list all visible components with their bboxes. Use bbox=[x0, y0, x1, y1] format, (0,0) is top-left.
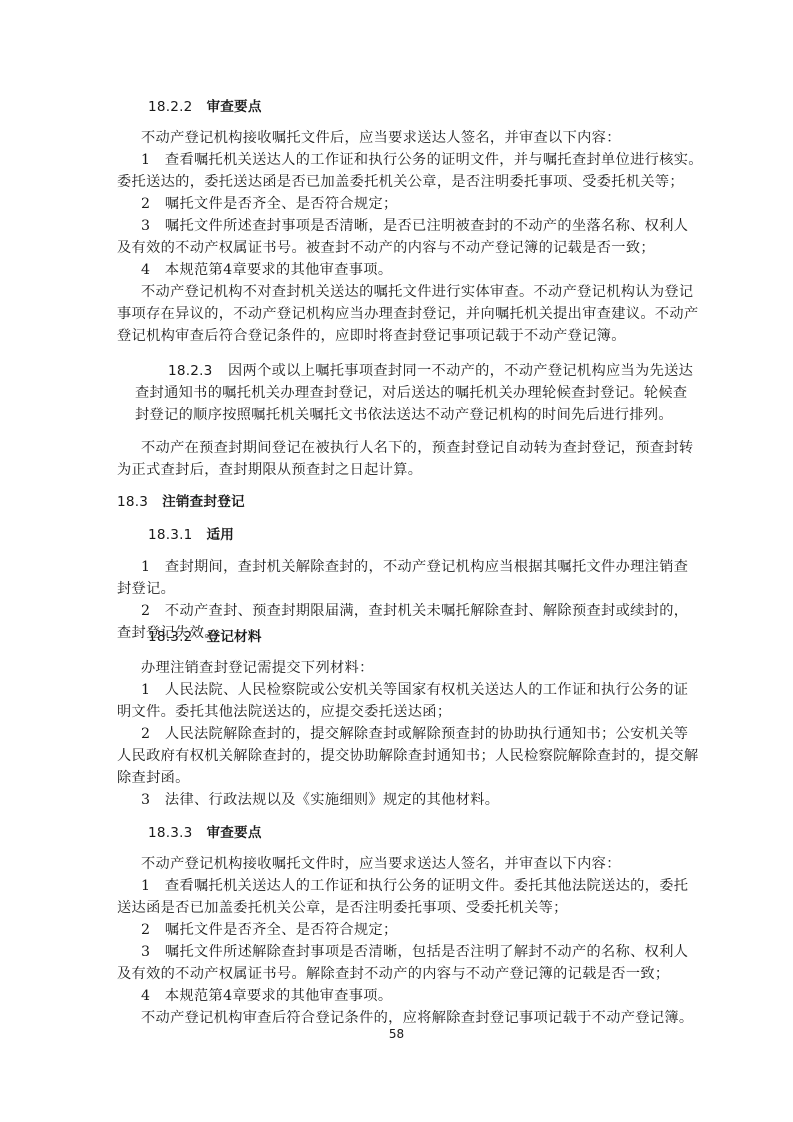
list-item-line: 2 人民法院解除查封的，提交解除查封或解除预查封的协助执行通知书；公安机关等 bbox=[141, 723, 688, 745]
heading-number: 18.2.2 bbox=[148, 99, 192, 115]
heading-number: 18.3.2 bbox=[148, 629, 192, 645]
list-item-line: 3 嘱托文件所述解除查封事项是否清晰，包括是否注明了解封不动产的名称、权利人 bbox=[141, 941, 688, 963]
paragraph-line: 为正式查封后，查封期限从预查封之日起计算。 bbox=[117, 459, 422, 481]
paragraph-line: 不动产登记机构不对查封机关送达的嘱托文件进行实体审查。不动产登记机构认为登记 bbox=[141, 281, 693, 303]
list-item-line: 及有效的不动产权属证书号。被查封不动产的内容与不动产登记簿的记载是否一致； bbox=[117, 237, 655, 259]
list-item-line: 除查封函。 bbox=[117, 767, 190, 789]
paragraph-line: 不动产在预查封期间登记在被执行人名下的，预查封登记自动转为查封登记，预查封转 bbox=[141, 437, 693, 459]
heading-18-3-1: 18.3.1适用 bbox=[148, 524, 234, 546]
list-item-line: 4 本规范第4章要求的其他审查事项。 bbox=[141, 985, 392, 1007]
list-item-line: 人民政府有权机关解除查封的，提交协助解除查封通知书；人民检察院解除查封的，提交解 bbox=[117, 745, 699, 767]
list-item-line: 封登记。 bbox=[117, 578, 175, 600]
list-item-line: 1 查看嘱托机关送达人的工作证和执行公务的证明文件，并与嘱托查封单位进行核实。 bbox=[141, 149, 703, 171]
heading-18-2-3: 18.2.3 bbox=[168, 360, 226, 382]
paragraph-line: 登记机构审查后符合登记条件的，应即时将查封登记事项记载于不动产登记簿。 bbox=[117, 325, 626, 347]
list-item-line: 及有效的不动产权属证书号。解除查封不动产的内容与不动产登记簿的记载是否一致； bbox=[117, 963, 669, 985]
list-item-line: 2 不动产查封、预查封期限届满，查封机关未嘱托解除查封、解除预查封或续封的， bbox=[141, 600, 688, 622]
heading-18-3-3: 18.3.3审查要点 bbox=[148, 822, 262, 844]
list-item-line: 3 法律、行政法规以及《实施细则》规定的其他材料。 bbox=[141, 789, 499, 811]
paragraph-line: 办理注销查封登记需提交下列材料： bbox=[141, 657, 374, 679]
page-number: 58 bbox=[0, 1027, 793, 1041]
list-item-line: 2 嘱托文件是否齐全、是否符合规定； bbox=[141, 193, 398, 215]
heading-title: 审查要点 bbox=[206, 99, 261, 115]
heading-title: 注销查封登记 bbox=[162, 494, 245, 510]
list-item-line: 委托送达的，委托送达函是否已加盖委托机关公章，是否注明委托事项、受委托机关等； bbox=[117, 171, 684, 193]
list-item-line: 1 查看嘱托机关送达人的工作证和执行公务的证明文件。委托其他法院送达的，委托 bbox=[141, 875, 688, 897]
heading-number: 18.3.3 bbox=[148, 825, 192, 841]
paragraph-line: 封登记的顺序按照嘱托机关嘱托文书依法送达不动产登记机构的时间先后进行排列。 bbox=[135, 404, 673, 426]
list-item-line: 送达函是否已加盖委托机关公章，是否注明委托事项、受委托机关等； bbox=[117, 897, 568, 919]
paragraph-line: 不动产登记机构接收嘱托文件时，应当要求送达人签名，并审查以下内容： bbox=[141, 853, 621, 875]
heading-18-2-2: 18.2.2审查要点 bbox=[148, 96, 262, 118]
heading-number: 18.3 bbox=[117, 494, 148, 510]
heading-title: 适用 bbox=[206, 527, 234, 543]
paragraph-line: 因两个或以上嘱托事项查封同一不动产的，不动产登记机构应当为先送达 bbox=[228, 360, 693, 382]
list-item-line: 2 嘱托文件是否齐全、是否符合规定； bbox=[141, 919, 398, 941]
list-item-line: 1 人民法院、人民检察院或公安机关等国家有权机关送达人的工作证和执行公务的证 bbox=[141, 679, 688, 701]
paragraph-line: 事项存在异议的，不动产登记机构应当办理查封登记，并向嘱托机关提出审查建议。不动产 bbox=[117, 303, 699, 325]
heading-number: 18.2.3 bbox=[168, 363, 212, 379]
heading-18-3: 18.3注销查封登记 bbox=[117, 491, 245, 513]
list-item-line: 4 本规范第4章要求的其他审查事项。 bbox=[141, 259, 392, 281]
paragraph-line: 查封通知书的嘱托机关办理查封登记，对后送达的嘱托机关办理轮候查封登记。轮候查 bbox=[135, 382, 687, 404]
paragraph-line: 不动产登记机构接收嘱托文件后，应当要求送达人签名，并审查以下内容： bbox=[141, 127, 621, 149]
heading-title: 审查要点 bbox=[206, 825, 261, 841]
list-item-line: 1 查封期间，查封机关解除查封的，不动产登记机构应当根据其嘱托文件办理注销查 bbox=[141, 556, 688, 578]
document-page: 18.2.2审查要点 不动产登记机构接收嘱托文件后，应当要求送达人签名，并审查以… bbox=[0, 0, 793, 1122]
heading-18-3-2: 18.3.2登记材料 bbox=[148, 626, 262, 648]
paragraph-line: 不动产登记机构审查后符合登记条件的，应将解除查封登记事项记载于不动产登记簿。 bbox=[141, 1007, 693, 1029]
list-item-line: 3 嘱托文件所述查封事项是否清晰，是否已注明被查封的不动产的坐落名称、权利人 bbox=[141, 215, 688, 237]
list-item-line: 明文件。委托其他法院送达的，应提交委托送达函； bbox=[117, 701, 451, 723]
heading-number: 18.3.1 bbox=[148, 527, 192, 543]
heading-title: 登记材料 bbox=[206, 629, 261, 645]
